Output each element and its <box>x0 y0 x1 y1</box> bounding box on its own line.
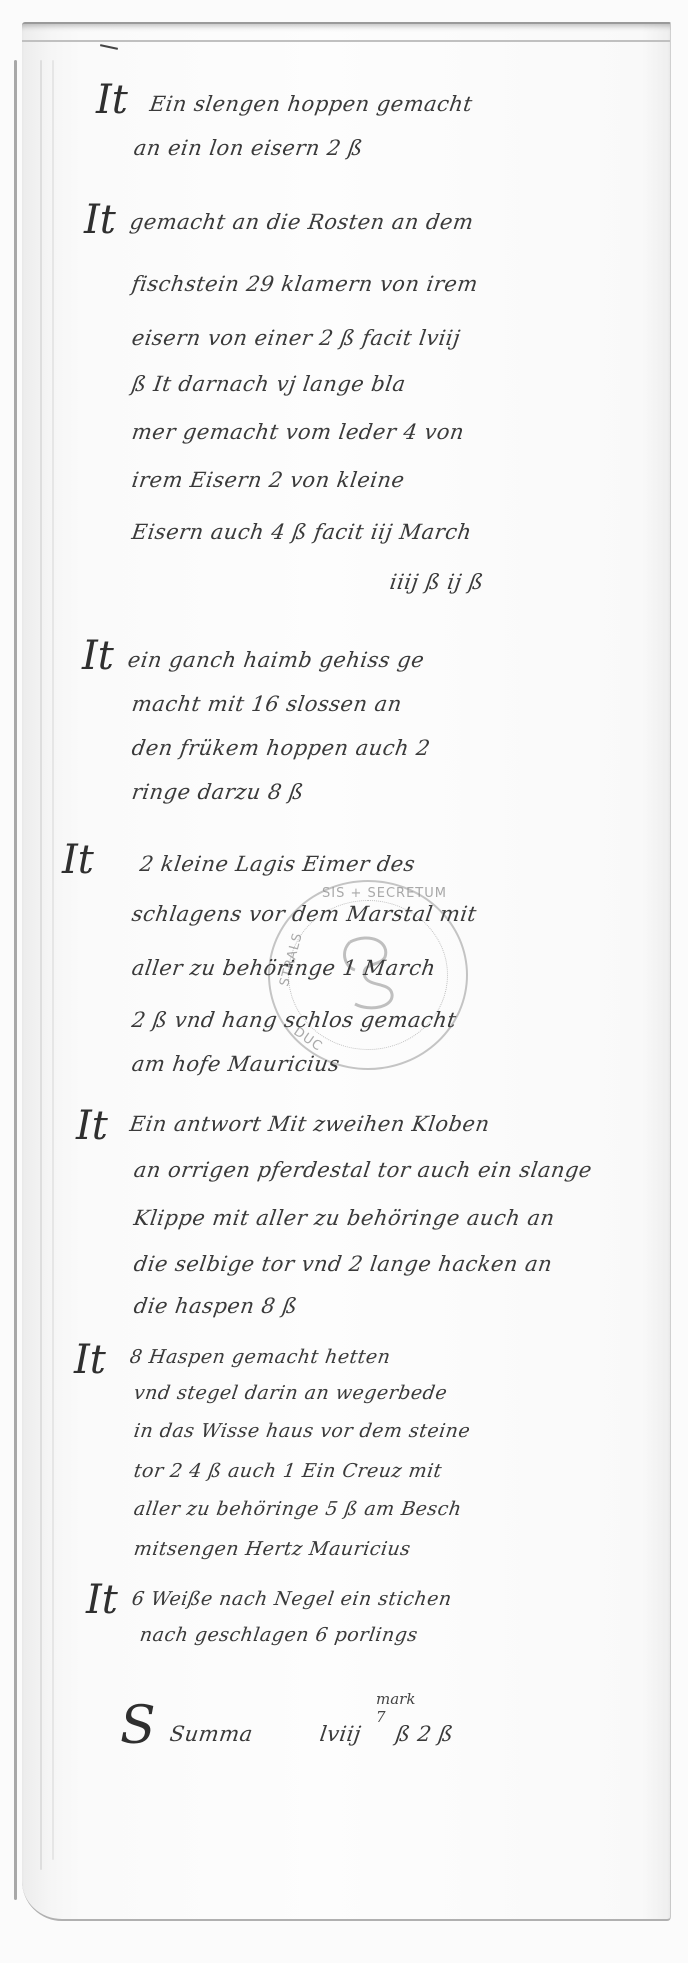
text-line: ß It darnach vj lange bla <box>130 372 407 396</box>
text-line: die haspen 8 ß <box>132 1294 299 1318</box>
document-scan: It Ein slengen hoppen gemacht an ein lon… <box>0 0 688 1963</box>
item-mark: It <box>76 1106 108 1146</box>
page-edge <box>52 60 54 1860</box>
text-line: mitsengen Hertz Mauricius <box>132 1538 412 1560</box>
item-mark: It <box>82 636 114 676</box>
text-line: ringe darzu 8 ß <box>130 780 305 804</box>
text-line: macht mit 16 slossen an <box>130 692 403 716</box>
item-mark: It <box>96 80 128 120</box>
text-line: schlagens vor dem Marstal mit <box>130 902 478 926</box>
top-torn-edge <box>22 40 670 42</box>
text-line: ein ganch haimb gehiss ge <box>126 648 426 672</box>
text-line: iiij ß ij ß <box>388 570 485 594</box>
text-line: 6 Weiße nach Negel ein stichen <box>130 1588 453 1610</box>
text-line: vnd stegel darin an wegerbede <box>132 1382 448 1404</box>
seal-top-text: SIS + SECRETUM <box>322 886 447 901</box>
text-line: in das Wisse haus vor dem steine <box>132 1420 471 1442</box>
text-line: irem Eisern 2 von kleine <box>130 468 406 492</box>
text-line: Eisern auch 4 ß facit iij March <box>130 520 473 544</box>
text-line: den frükem hoppen auch 2 <box>130 736 432 760</box>
summa-unit: mark 7 <box>376 1690 415 1726</box>
summa-tail: ß 2 ß <box>394 1722 455 1746</box>
summa-value: lviij <box>318 1722 362 1746</box>
binding-edge <box>14 60 17 1900</box>
text-line: fischstein 29 klamern von irem <box>130 272 479 296</box>
text-line: Ein slengen hoppen gemacht <box>148 92 474 116</box>
item-mark: It <box>86 1580 118 1620</box>
text-line: mer gemacht vom leder 4 von <box>130 420 466 444</box>
text-line: 2 kleine Lagis Eimer des <box>138 852 416 876</box>
text-line: gemacht an die Rosten an dem <box>128 210 475 234</box>
text-line: Klippe mit aller zu behöringe auch an <box>132 1206 556 1230</box>
text-line: aller zu behöringe 5 ß am Besch <box>132 1498 463 1520</box>
text-line: tor 2 4 ß auch 1 Ein Creuz mit <box>132 1460 443 1482</box>
text-line: an ein lon eisern 2 ß <box>132 136 364 160</box>
summa-initial: S <box>120 1700 156 1752</box>
text-line: die selbige tor vnd 2 lange hacken an <box>132 1252 554 1276</box>
text-line: 8 Haspen gemacht hetten <box>128 1346 392 1368</box>
item-mark: It <box>74 1340 106 1380</box>
page-edge <box>40 60 42 1870</box>
text-line: aller zu behöringe 1 March <box>130 956 437 980</box>
text-line: am hofe Mauricius <box>130 1052 341 1076</box>
item-mark: It <box>84 200 116 240</box>
text-line: 2 ß vnd hang schlos gemacht <box>130 1008 458 1032</box>
text-line: Ein antwort Mit zweihen Kloben <box>128 1112 491 1136</box>
text-line: an orrigen pferdestal tor auch ein slang… <box>132 1158 593 1182</box>
text-line: nach geschlagen 6 porlings <box>138 1624 419 1646</box>
right-margin-rule <box>670 30 671 1880</box>
text-line: eisern von einer 2 ß facit lviij <box>130 326 462 350</box>
summa-label: Summa <box>168 1722 254 1746</box>
item-mark: It <box>62 840 94 880</box>
